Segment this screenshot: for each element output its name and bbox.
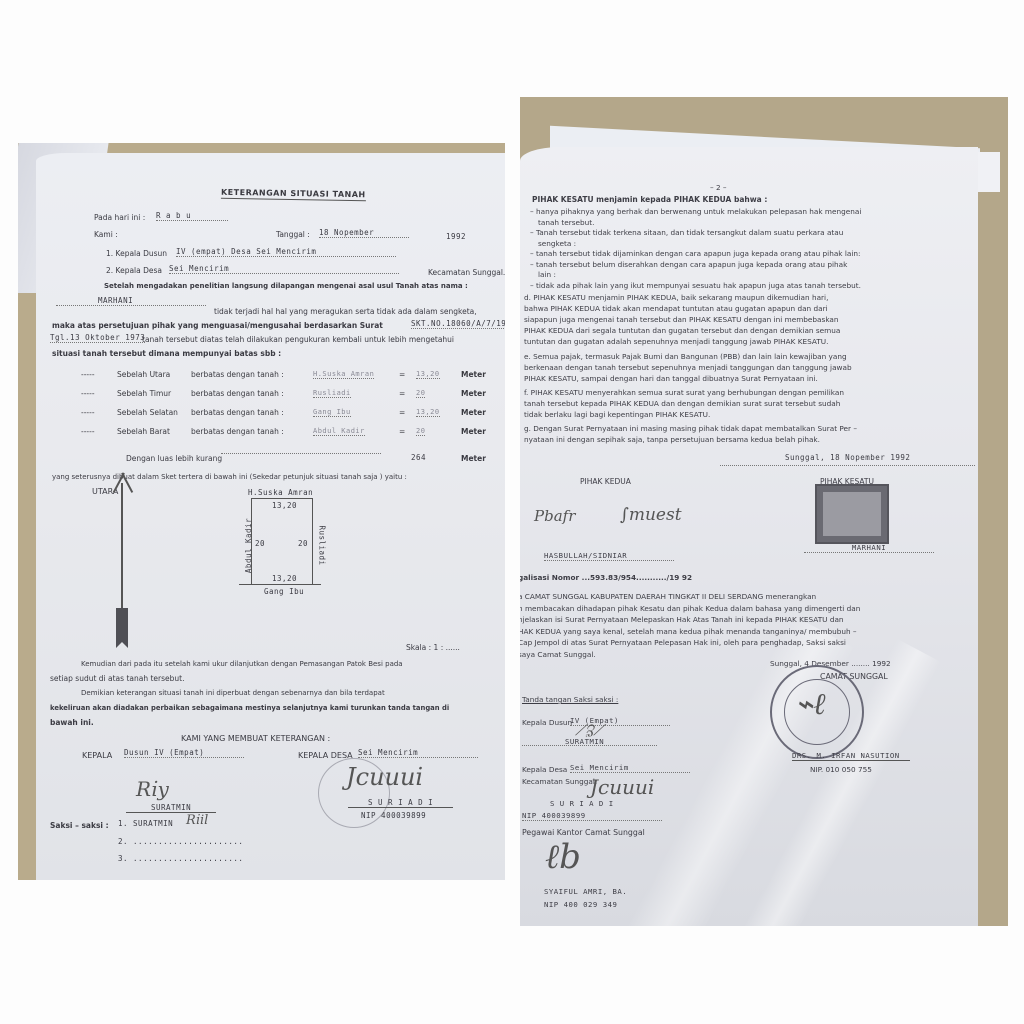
equals-sign: = (399, 370, 405, 379)
place-date: Sunggal, 18 Nopember 1992 (785, 453, 910, 462)
left-document-photo: KETERANGAN SITUASI TANAH Pada hari ini :… (18, 143, 505, 880)
paragraph-line: PIHAK KEDUA dari segala tuntutan dan gug… (524, 326, 840, 335)
boundary-neighbor: Rusliadi (313, 389, 351, 398)
sketch-north-neighbor: H.Suska Amran (248, 488, 313, 497)
maka-text: maka atas persetujuan pihak yang menguas… (52, 321, 383, 330)
paragraph-line: g. Dengan Surat Pernyataan ini masing ma… (524, 424, 857, 433)
boundary-neighbor: H.Suska Amran (313, 370, 374, 379)
kepala-dusun-label: 1. Kepala Dusun (106, 249, 167, 258)
saksi-1: 1. SURATMIN (118, 819, 173, 828)
boundary-side: Sebelah Timur (117, 389, 171, 398)
document-title: KETERANGAN SITUASI TANAH (221, 188, 366, 202)
paragraph-line: PIHAK KESATU, sampai dengan hari dan tan… (524, 374, 818, 383)
boundary-neighbor: Abdul Kadir (313, 427, 365, 436)
page-number: – 2 – (710, 183, 727, 192)
para-c-intro: PIHAK KESATU menjamin kepada PIHAK KEDUA… (532, 195, 767, 204)
saksi-desa-value: Sei Mencirim (570, 763, 690, 773)
paragraph-line: siapapun juga mengenai tanah tersebut da… (524, 315, 839, 324)
owner-name: MARHANI (98, 296, 133, 305)
saksi-desa-label: Kepala Desa (522, 765, 567, 774)
paragraph-line: a CAMAT SUNGGAL KABUPATEN DAERAH TINGKAT… (520, 592, 816, 601)
sketch-south-neighbor: Gang Ibu (264, 587, 304, 596)
kepala-desa-label: 2. Kepala Desa (106, 266, 162, 275)
right-document-photo: – 2 – PIHAK KESATU menjamin kepada PIHAK… (520, 97, 1008, 926)
signature-hasbullah: Pbafr (534, 507, 575, 525)
saksi-desa-nip: NIP 400039899 (522, 811, 662, 821)
boundary-side: Sebelah Selatan (117, 408, 178, 417)
setiap-text: setiap sudut di atas tanah tersebut. (50, 674, 184, 683)
setelah-text: Setelah mengadakan penelitian langsung d… (104, 282, 468, 290)
skala-label: Skala : 1 : ...... (406, 643, 460, 652)
keterangan-situasi-tanah-sheet: KETERANGAN SITUASI TANAH Pada hari ini :… (36, 153, 505, 880)
boundary-label: berbatas dengan tanah : (191, 370, 284, 379)
kepala-dusun-value: IV (empat) Desa Sei Mencirim (176, 247, 396, 257)
paragraph-line: nyataan ini dengan sepihak saja, tanpa p… (524, 435, 820, 444)
kepala-label: KEPALA (82, 751, 112, 760)
signature-pegawai: ℓb (545, 837, 581, 877)
kepala-desa-value: Sei Mencirim (169, 264, 399, 274)
paragraph-line: bahwa PIHAK KEDUA tidak akan mendapat tu… (524, 304, 828, 313)
situasi-text: situasi tanah tersebut dimana mempunyai … (52, 349, 281, 358)
camat-nip: NIP. 010 050 755 (810, 765, 872, 774)
camat-name: DRS. M. IRFAN NASUTION (792, 751, 910, 761)
paragraph-line: njelaskan isi Surat Pernyataan Melepaska… (520, 615, 844, 624)
pada-hari-label: Pada hari ini : (94, 213, 145, 222)
pegawai-name: SYAIFUL AMRI, BA. (544, 887, 627, 896)
tidak-terjadi-text: tidak terjadi hal hal yang meragukan ser… (214, 307, 477, 316)
equals-sign: = (399, 427, 405, 436)
equals-sign: = (399, 389, 405, 398)
sketch-west-neighbor: Abdul Kadir (244, 518, 253, 573)
saksi-dusun-dots (522, 745, 657, 746)
paragraph-line: sengketa : (538, 239, 576, 248)
luas-dots (221, 453, 381, 454)
saksi-2: 2. ...................... (118, 837, 243, 846)
boundary-dash: ----- (81, 408, 95, 417)
north-arrow-tail (116, 608, 128, 648)
boundary-dash: ----- (81, 370, 95, 379)
saksi-label: Tanda tangan Saksi saksi : (522, 695, 618, 704)
boundary-side: Sebelah Utara (117, 370, 170, 379)
saksi-kecamatan: Kecamatan Sunggal. (522, 777, 597, 786)
boundary-side: Sebelah Barat (117, 427, 170, 436)
paragraph-line: – tidak ada pihak lain yang ikut mempuny… (530, 281, 861, 290)
paragraph-line: d. PIHAK KESATU menjamin PIHAK KEDUA, ba… (524, 293, 828, 302)
pihak-kedua-label: PIHAK KEDUA (580, 477, 631, 486)
boundary-unit: Meter (461, 427, 486, 436)
kecamatan-1: Kecamatan Sunggal. (428, 268, 505, 277)
paragraph-line: tuntutan dan gugatan adalah sepenuhnya m… (524, 337, 828, 346)
boundary-dash: ----- (81, 427, 95, 436)
duty-stamp-meterai (815, 484, 889, 544)
surat-date: Tgl.13 Oktober 1973 (50, 333, 145, 343)
sketch-north-length: 13,20 (272, 501, 297, 510)
sket-text: yang seterusnya dibuat dalam Sket terter… (52, 473, 407, 481)
paragraph-line: berkenaan dengan tanah tersebut sepenuhn… (524, 363, 852, 372)
tanggal-value: 18 Nopember (319, 228, 409, 238)
boundary-unit: Meter (461, 370, 486, 379)
boundary-length: 20 (416, 427, 425, 436)
luas-label: Dengan luas lebih kurang (126, 454, 222, 463)
pegawai-nip: NIP 400 029 349 (544, 900, 617, 909)
paragraph-line: tanah tersebut kepada PIHAK KEDUA dan de… (524, 399, 840, 408)
tahun-value: 1992 (446, 232, 466, 241)
equals-sign: = (399, 408, 405, 417)
sketch-west-length: 20 (255, 539, 265, 548)
signer-left: SURATMIN (126, 803, 216, 813)
signature-sidniar: ∫muest (620, 505, 682, 525)
pegawai-label: Pegawai Kantor Camat Sunggal (522, 828, 645, 837)
paragraph-line: tidak berlaku lagi bagi kepentingan PIHA… (524, 410, 710, 419)
signer-right: S U R I A D I (348, 798, 453, 808)
luas-value: 264 (411, 453, 426, 462)
boundary-dash: ----- (81, 389, 95, 398)
kami-label: Kami : (94, 230, 118, 239)
signature-saksi-suriadi: Jcuuui (590, 775, 654, 799)
kepala-value: Dusun IV (Empat) (124, 748, 244, 758)
paragraph-line: Cap Jempol di atas Surat Pernyataan Pele… (520, 638, 846, 647)
paragraph-line: e. Semua pajak, termasuk Pajak Bumi dan … (524, 352, 847, 361)
surat-pernyataan-page-2: – 2 – PIHAK KESATU menjamin kepada PIHAK… (520, 147, 978, 926)
paragraph-line: HAK KEDUA yang saya kenal, setelah mana … (520, 627, 857, 636)
signature-suratmin: Ri̇y (136, 777, 169, 801)
bawah-text: bawah ini. (50, 718, 94, 727)
paragraph-line: lain : (538, 270, 556, 279)
kami-membuat-heading: KAMI YANG MEMBUAT KETERANGAN : (181, 734, 330, 743)
paragraph-line: – Tanah tersebut tidak terkena sitaan, d… (530, 228, 843, 237)
saksi-1-signature: Ri̇il (186, 813, 208, 828)
signature-suriadi: Jcuuui (346, 763, 423, 791)
sketch-east-neighbor: Rusliadi (318, 525, 327, 565)
pada-hari-value: R a b u (156, 211, 228, 221)
surat-ref: SKT.NO.18060/A/7/19 (411, 319, 505, 329)
boundary-label: berbatas dengan tanah : (191, 389, 284, 398)
place-date-dots (720, 465, 975, 466)
boundary-unit: Meter (461, 389, 486, 398)
boundary-label: berbatas dengan tanah : (191, 408, 284, 417)
pihak-kesatu-name: MARHANI (804, 543, 934, 553)
kekeliruan-text: kekeliruan akan diadakan perbaikan sebag… (50, 704, 449, 712)
kemudian-text: Kemudian dari pada itu setelah kami ukur… (81, 660, 403, 668)
paragraph-line: – tanah tersebut belum diserahkan dengan… (530, 260, 847, 269)
saksi-desa-name: S U R I A D I (550, 799, 614, 808)
saksi-3: 3. ...................... (118, 854, 243, 863)
paragraph-line: f. PIHAK KESATU menyerahkan semua surat … (524, 388, 844, 397)
saksi-dusun-label: Kepala Dusun (522, 718, 572, 727)
pihak-kedua-name: HASBULLAH/SIDNIAR (544, 551, 674, 561)
tanah-text: tanah tersebut diatas telah dilakukan pe… (142, 335, 454, 344)
boundary-length: 13,20 (416, 408, 440, 417)
signature-camat: ⌁ℓ (795, 687, 826, 722)
paragraph-line: – tanah tersebut tidak dijaminkan dengan… (530, 249, 860, 258)
luas-unit: Meter (461, 454, 486, 463)
owner-dotted-line (56, 305, 206, 306)
sketch-south-length: 13,20 (272, 574, 297, 583)
paragraph-line: saya Camat Sunggal. (520, 650, 596, 659)
boundary-length: 13,20 (416, 370, 440, 379)
boundary-neighbor: Gang Ibu (313, 408, 351, 417)
paragraph-line: h membacakan dihadapan pihak Kesatu dan … (520, 604, 860, 613)
paragraph-line: – hanya pihaknya yang berhak dan berwena… (530, 207, 861, 216)
tanggal-label: Tanggal : (276, 230, 310, 239)
demikian-text: Demikian keterangan situasi tanah ini di… (81, 689, 385, 697)
kepala-desa-sig-value: Sei Mencirim (358, 748, 478, 758)
legalisasi-number: galisasi Nomor ...593.83/954.........../… (520, 573, 692, 582)
boundary-label: berbatas dengan tanah : (191, 427, 284, 436)
plot-base-line (239, 584, 321, 585)
paragraph-line: tanah tersebut. (538, 218, 594, 227)
saksi-label: Saksi – saksi : (50, 821, 109, 830)
sketch-east-length: 20 (298, 539, 308, 548)
signer-right-nip: NIP 400039899 (361, 811, 426, 820)
boundary-unit: Meter (461, 408, 486, 417)
boundary-length: 20 (416, 389, 425, 398)
